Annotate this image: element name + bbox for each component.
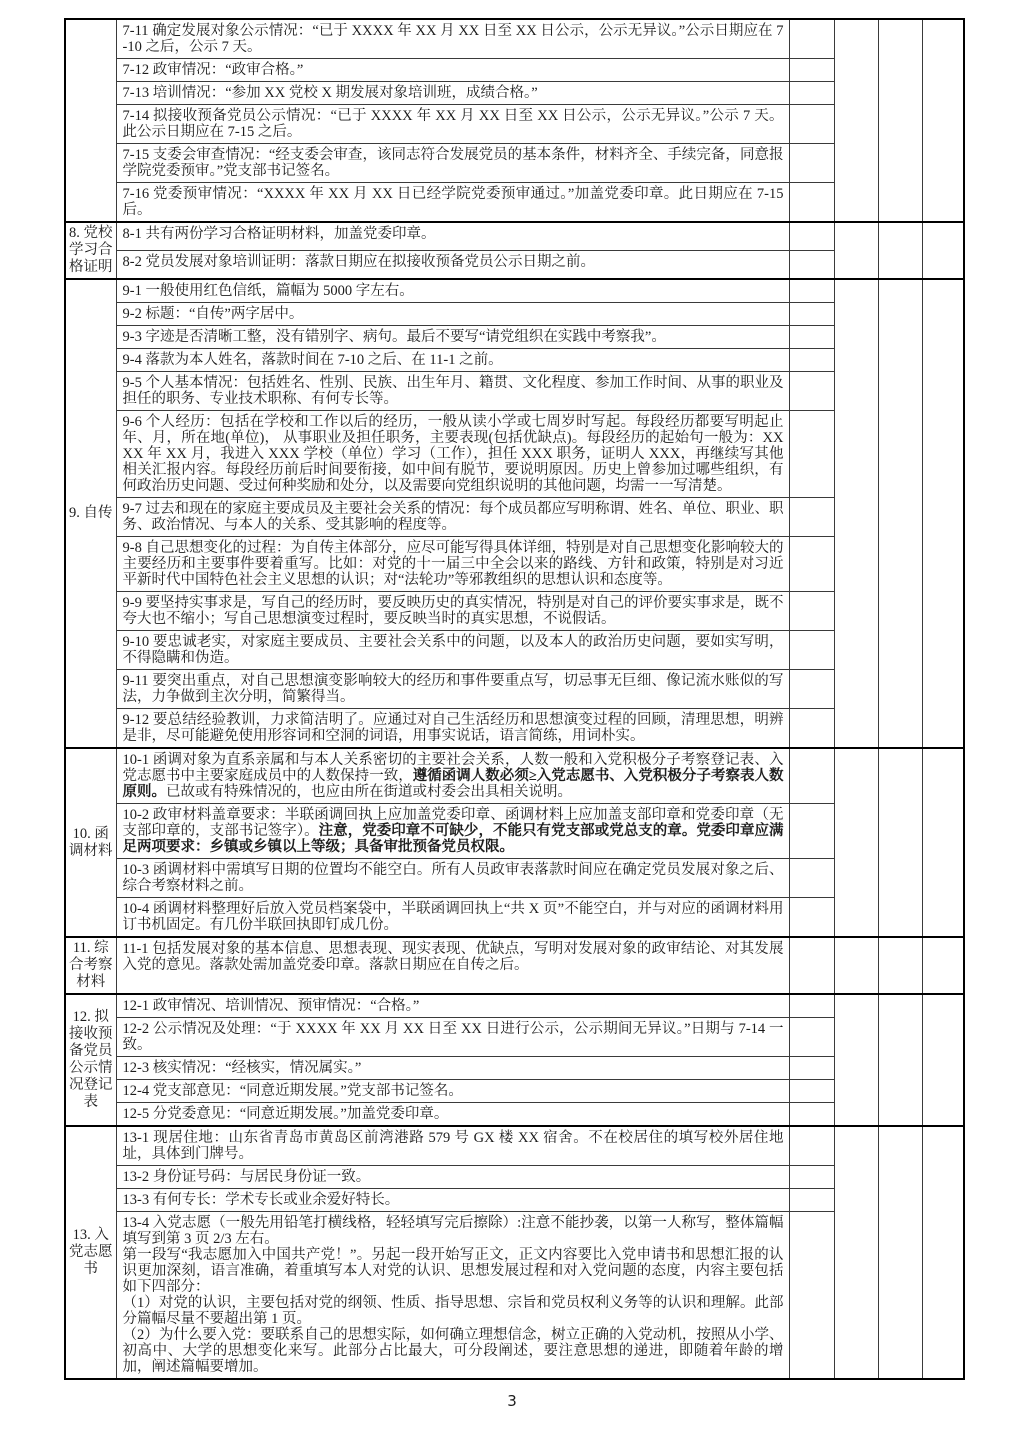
check-cell	[789, 859, 834, 898]
score-cell	[922, 994, 964, 1126]
item-text: 12-5 分党委意见：“同意近期发展。”加盖党委印章。	[116, 1103, 789, 1127]
table-row: 12-2 公示情况及处理：“于 XXXX 年 XX 月 XX 日至 XX 日进行…	[65, 1018, 964, 1057]
score-cell	[922, 222, 964, 279]
check-cell	[789, 537, 834, 592]
check-cell	[789, 411, 834, 498]
checklist-table: 7-11 确定发展对象公示情况：“已于 XXXX 年 XX 月 XX 日至 XX…	[64, 18, 965, 1380]
score-cell	[878, 279, 922, 748]
check-cell	[789, 1018, 834, 1057]
check-cell	[789, 898, 834, 938]
table-row: 10-2 政审材料盖章要求：半联函调回执上应加盖党委印章、函调材料上应加盖支部印…	[65, 804, 964, 859]
check-cell	[789, 222, 834, 251]
check-cell	[789, 303, 834, 326]
item-text: 12-2 公示情况及处理：“于 XXXX 年 XX 月 XX 日至 XX 日进行…	[116, 1018, 789, 1057]
item-text: 10-1 函调对象为直系亲属和与本人关系密切的主要社会关系，人数一般和入党积极分…	[116, 748, 789, 804]
item-text: 7-15 支委会审查情况：“经支委会审查，该同志符合发展党员的基本条件，材料齐全…	[116, 144, 789, 183]
score-cell	[834, 748, 878, 937]
score-cell	[878, 748, 922, 937]
check-cell	[789, 804, 834, 859]
table-row: 9-9 要坚持实事求是，写自己的经历时，要反映历史的真实情况，特别是对自己的评价…	[65, 592, 964, 631]
section-label	[65, 19, 116, 222]
check-cell	[789, 937, 834, 994]
table-row: 7-12 政审情况：“政审合格。”	[65, 59, 964, 82]
item-text: 13-4 入党志愿（一般先用铅笔打横线格，轻轻填写完后擦除）:注意不能抄袭，以第…	[116, 1212, 789, 1380]
item-text: 9-10 要忠诚老实，对家庭主要成员、主要社会关系中的问题，以及本人的政治历史问…	[116, 631, 789, 670]
check-cell	[789, 994, 834, 1018]
table-row: 8. 党校学习合格证明8-1 共有两份学习合格证明材料，加盖党委印章。	[65, 222, 964, 251]
item-text: 9-3 字迹是否清晰工整，没有错别字、病句。最后不要写“请党组织在实践中考察我”…	[116, 326, 789, 349]
item-text: 9-11 要突出重点，对自己思想演变影响较大的经历和事件要重点写，切忌事无巨细、…	[116, 670, 789, 709]
score-cell	[834, 222, 878, 279]
check-cell	[789, 251, 834, 280]
check-cell	[789, 631, 834, 670]
item-text: 9-6 个人经历：包括在学校和工作以后的经历，一般从读小学或七周岁时写起。每段经…	[116, 411, 789, 498]
check-cell	[789, 592, 834, 631]
section-label: 9. 自传	[65, 279, 116, 748]
score-cell	[834, 19, 878, 222]
item-text: 9-12 要总结经验教训，力求简洁明了。应通过对自己生活经历和思想演变过程的回顾…	[116, 709, 789, 749]
table-row: 12-3 核实情况：“经核实，情况属实。”	[65, 1057, 964, 1080]
score-cell	[834, 994, 878, 1126]
table-row: 10. 函调材料10-1 函调对象为直系亲属和与本人关系密切的主要社会关系，人数…	[65, 748, 964, 804]
table-row: 9-3 字迹是否清晰工整，没有错别字、病句。最后不要写“请党组织在实践中考察我”…	[65, 326, 964, 349]
table-row: 9-11 要突出重点，对自己思想演变影响较大的经历和事件要重点写，切忌事无巨细、…	[65, 670, 964, 709]
check-cell	[789, 144, 834, 183]
item-text: 7-12 政审情况：“政审合格。”	[116, 59, 789, 82]
table-row: 9. 自传9-1 一般使用红色信纸，篇幅为 5000 字左右。	[65, 279, 964, 303]
item-text: 13-1 现居住地：山东省青岛市黄岛区前湾港路 579 号 GX 楼 XX 宿舍…	[116, 1126, 789, 1166]
check-cell	[789, 279, 834, 303]
score-cell	[878, 222, 922, 279]
check-cell	[789, 59, 834, 82]
page-number: 3	[0, 1392, 1024, 1410]
table-row: 10-4 函调材料整理好后放入党员档案袋中，半联函调回执上“共 X 页”不能空白…	[65, 898, 964, 938]
check-cell	[789, 1126, 834, 1166]
table-row: 8-2 党员发展对象培训证明：落款日期应在拟接收预备党员公示日期之前。	[65, 251, 964, 280]
table-row: 9-2 标题：“自传”两字居中。	[65, 303, 964, 326]
score-cell	[834, 279, 878, 748]
item-text: 10-3 函调材料中需填写日期的位置均不能空白。所有人员政审表落款时间应在确定党…	[116, 859, 789, 898]
table-row: 7-15 支委会审查情况：“经支委会审查，该同志符合发展党员的基本条件，材料齐全…	[65, 144, 964, 183]
score-cell	[878, 1126, 922, 1379]
item-text: 13-3 有何专长：学术专长或业余爱好特长。	[116, 1189, 789, 1212]
check-cell	[789, 183, 834, 223]
item-text: 9-5 个人基本情况：包括姓名、性别、民族、出生年月、籍贯、文化程度、参加工作时…	[116, 372, 789, 411]
item-text: 9-9 要坚持实事求是，写自己的经历时，要反映历史的真实情况，特别是对自己的评价…	[116, 592, 789, 631]
table-row: 13-3 有何专长：学术专长或业余爱好特长。	[65, 1189, 964, 1212]
score-cell	[878, 937, 922, 994]
check-cell	[789, 1057, 834, 1080]
table-row: 12-4 党支部意见：“同意近期发展。”党支部书记签名。	[65, 1080, 964, 1103]
table-row: 7-13 培训情况：“参加 XX 党校 X 期发展对象培训班，成绩合格。”	[65, 82, 964, 105]
item-text: 12-1 政审情况、培训情况、预审情况：“合格。”	[116, 994, 789, 1018]
check-cell	[789, 326, 834, 349]
item-text: 7-16 党委预审情况：“XXXX 年 XX 月 XX 日已经学院党委预审通过。…	[116, 183, 789, 223]
item-text: 7-13 培训情况：“参加 XX 党校 X 期发展对象培训班，成绩合格。”	[116, 82, 789, 105]
item-text: 10-4 函调材料整理好后放入党员档案袋中，半联函调回执上“共 X 页”不能空白…	[116, 898, 789, 938]
item-text: 9-1 一般使用红色信纸，篇幅为 5000 字左右。	[116, 279, 789, 303]
check-cell	[789, 1189, 834, 1212]
item-text: 7-11 确定发展对象公示情况：“已于 XXXX 年 XX 月 XX 日至 XX…	[116, 19, 789, 59]
item-text: 8-2 党员发展对象培训证明：落款日期应在拟接收预备党员公示日期之前。	[116, 251, 789, 280]
table-row: 13. 入党志愿书13-1 现居住地：山东省青岛市黄岛区前湾港路 579 号 G…	[65, 1126, 964, 1166]
item-text: 9-8 自己思想变化的过程：为自传主体部分，应尽可能写得具体详细，特别是对自己思…	[116, 537, 789, 592]
table-row: 9-5 个人基本情况：包括姓名、性别、民族、出生年月、籍贯、文化程度、参加工作时…	[65, 372, 964, 411]
table-row: 7-16 党委预审情况：“XXXX 年 XX 月 XX 日已经学院党委预审通过。…	[65, 183, 964, 223]
score-cell	[834, 1126, 878, 1379]
table-row: 13-4 入党志愿（一般先用铅笔打横线格，轻轻填写完后擦除）:注意不能抄袭，以第…	[65, 1212, 964, 1380]
check-cell	[789, 19, 834, 59]
section-label: 11. 综合考察材料	[65, 937, 116, 994]
section-label: 12. 拟接收预备党员公示情况登记表	[65, 994, 116, 1126]
item-text: 13-2 身份证号码：与居民身份证一致。	[116, 1166, 789, 1189]
item-text: 10-2 政审材料盖章要求：半联函调回执上应加盖党委印章、函调材料上应加盖支部印…	[116, 804, 789, 859]
item-text: 11-1 包括发展对象的基本信息、思想表现、现实表现、优缺点，写明对发展对象的政…	[116, 937, 789, 994]
check-cell	[789, 349, 834, 372]
check-cell	[789, 1212, 834, 1380]
table-row: 9-8 自己思想变化的过程：为自传主体部分，应尽可能写得具体详细，特别是对自己思…	[65, 537, 964, 592]
score-cell	[922, 937, 964, 994]
check-cell	[789, 748, 834, 804]
table-row: 9-12 要总结经验教训，力求简洁明了。应通过对自己生活经历和思想演变过程的回顾…	[65, 709, 964, 749]
section-label: 10. 函调材料	[65, 748, 116, 937]
item-text: 9-2 标题：“自传”两字居中。	[116, 303, 789, 326]
item-text: 7-14 拟接收预备党员公示情况：“已于 XXXX 年 XX 月 XX 日至 X…	[116, 105, 789, 144]
check-cell	[789, 498, 834, 537]
check-cell	[789, 670, 834, 709]
score-cell	[922, 1126, 964, 1379]
score-cell	[922, 279, 964, 748]
table-row: 12. 拟接收预备党员公示情况登记表12-1 政审情况、培训情况、预审情况：“合…	[65, 994, 964, 1018]
score-cell	[922, 19, 964, 222]
document-page: 7-11 确定发展对象公示情况：“已于 XXXX 年 XX 月 XX 日至 XX…	[0, 0, 1024, 1448]
check-cell	[789, 709, 834, 749]
table-row: 12-5 分党委意见：“同意近期发展。”加盖党委印章。	[65, 1103, 964, 1127]
check-cell	[789, 372, 834, 411]
score-cell	[834, 937, 878, 994]
check-cell	[789, 1166, 834, 1189]
table-row: 13-2 身份证号码：与居民身份证一致。	[65, 1166, 964, 1189]
check-cell	[789, 105, 834, 144]
table-row: 7-14 拟接收预备党员公示情况：“已于 XXXX 年 XX 月 XX 日至 X…	[65, 105, 964, 144]
table-row: 9-4 落款为本人姓名，落款时间在 7-10 之后、在 11-1 之前。	[65, 349, 964, 372]
score-cell	[878, 19, 922, 222]
check-cell	[789, 82, 834, 105]
item-text: 9-7 过去和现在的家庭主要成员及主要社会关系的情况：每个成员都应写明称谓、姓名…	[116, 498, 789, 537]
item-text: 8-1 共有两份学习合格证明材料，加盖党委印章。	[116, 222, 789, 251]
table-row: 11. 综合考察材料11-1 包括发展对象的基本信息、思想表现、现实表现、优缺点…	[65, 937, 964, 994]
table-row: 7-11 确定发展对象公示情况：“已于 XXXX 年 XX 月 XX 日至 XX…	[65, 19, 964, 59]
section-label: 13. 入党志愿书	[65, 1126, 116, 1379]
table-row: 10-3 函调材料中需填写日期的位置均不能空白。所有人员政审表落款时间应在确定党…	[65, 859, 964, 898]
check-cell	[789, 1103, 834, 1127]
section-label: 8. 党校学习合格证明	[65, 222, 116, 279]
table-row: 9-7 过去和现在的家庭主要成员及主要社会关系的情况：每个成员都应写明称谓、姓名…	[65, 498, 964, 537]
item-text: 12-4 党支部意见：“同意近期发展。”党支部书记签名。	[116, 1080, 789, 1103]
table-row: 9-10 要忠诚老实，对家庭主要成员、主要社会关系中的问题，以及本人的政治历史问…	[65, 631, 964, 670]
check-cell	[789, 1080, 834, 1103]
item-text: 9-4 落款为本人姓名，落款时间在 7-10 之后、在 11-1 之前。	[116, 349, 789, 372]
item-text: 12-3 核实情况：“经核实，情况属实。”	[116, 1057, 789, 1080]
score-cell	[878, 994, 922, 1126]
table-row: 9-6 个人经历：包括在学校和工作以后的经历，一般从读小学或七周岁时写起。每段经…	[65, 411, 964, 498]
score-cell	[922, 748, 964, 937]
